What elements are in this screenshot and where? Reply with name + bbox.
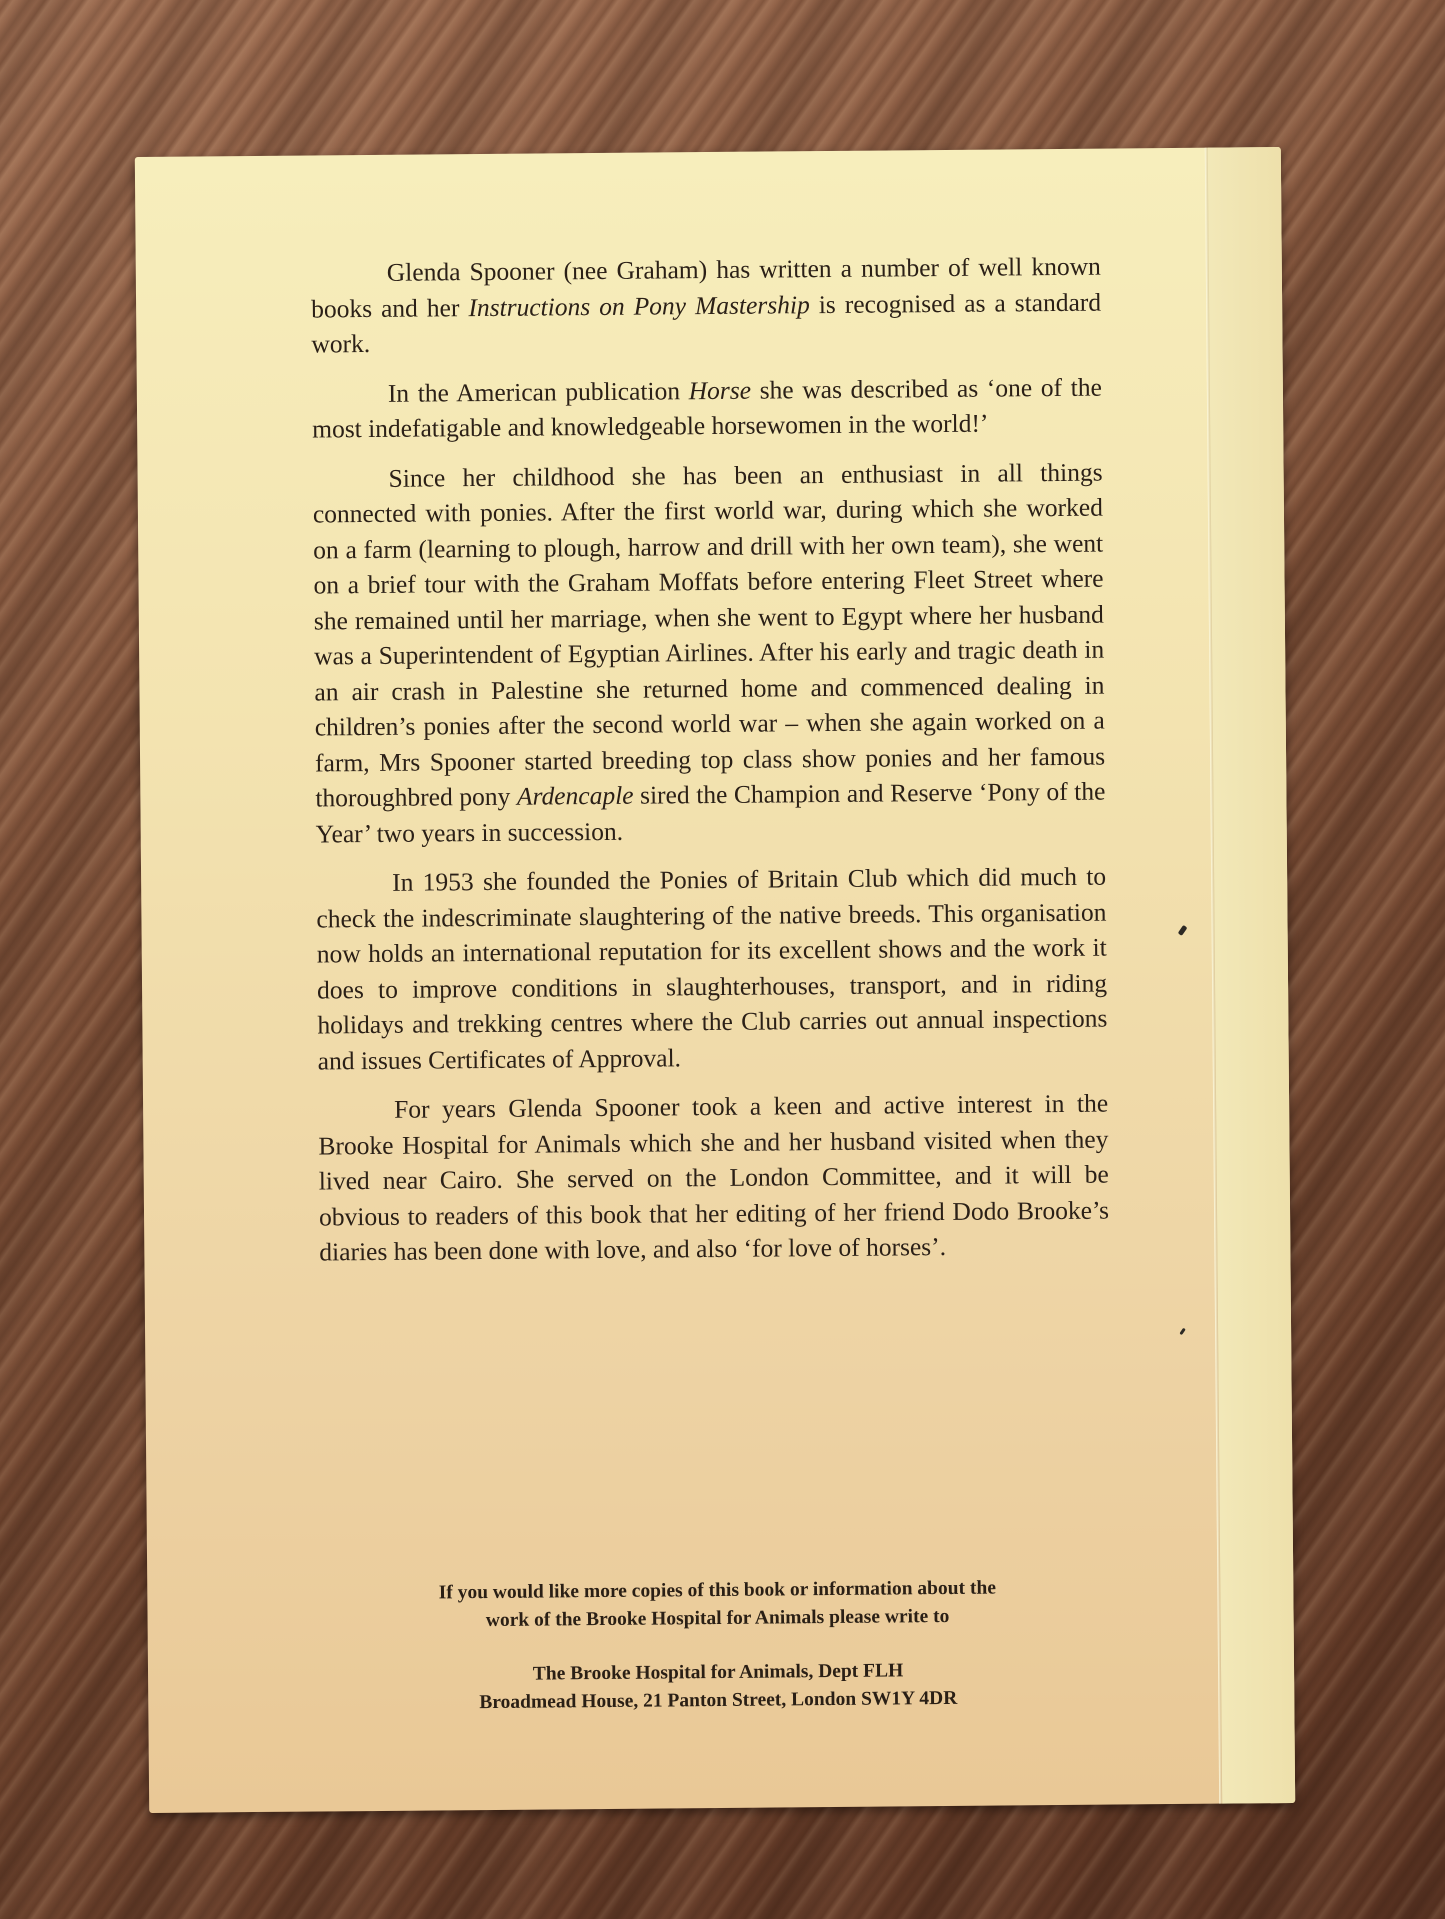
text-segment: In 1953 she founded the Ponies of Britai… — [316, 862, 1107, 1075]
author-biography: Glenda Spooner (nee Graham) has written … — [311, 249, 1110, 1284]
postal-address: The Brooke Hospital for Animals, Dept FL… — [308, 1655, 1128, 1718]
italic-title: Instructions on Pony Mastership — [468, 290, 810, 322]
italic-title: Horse — [689, 375, 752, 405]
biography-paragraph: Glenda Spooner (nee Graham) has written … — [311, 249, 1102, 362]
biography-paragraph: In 1953 she founded the Ponies of Britai… — [316, 859, 1108, 1079]
book-spine — [1208, 147, 1295, 1804]
contact-request-line: work of the Brooke Hospital for Animals … — [486, 1606, 950, 1631]
contact-information: If you would like more copies of this bo… — [307, 1573, 1128, 1718]
italic-title: Ardencaple — [517, 781, 634, 811]
cover-scuff-mark — [1179, 1328, 1185, 1335]
contact-request-line: If you would like more copies of this bo… — [439, 1578, 996, 1604]
biography-paragraph: Since her childhood she has been an enth… — [312, 454, 1105, 851]
text-segment: Since her childhood she has been an enth… — [313, 457, 1105, 812]
book-back-cover: Glenda Spooner (nee Graham) has written … — [135, 147, 1295, 1813]
text-segment: For years Glenda Spooner took a keen and… — [318, 1089, 1109, 1267]
address-line: Broadmead House, 21 Panton Street, Londo… — [479, 1688, 957, 1713]
contact-request: If you would like more copies of this bo… — [307, 1573, 1127, 1636]
address-line: The Brooke Hospital for Animals, Dept FL… — [533, 1660, 904, 1684]
text-segment: In the American publication — [388, 376, 689, 408]
biography-paragraph: In the American publication Horse she wa… — [312, 369, 1103, 447]
cover-scuff-mark — [1178, 925, 1188, 936]
biography-paragraph: For years Glenda Spooner took a keen and… — [318, 1086, 1110, 1270]
